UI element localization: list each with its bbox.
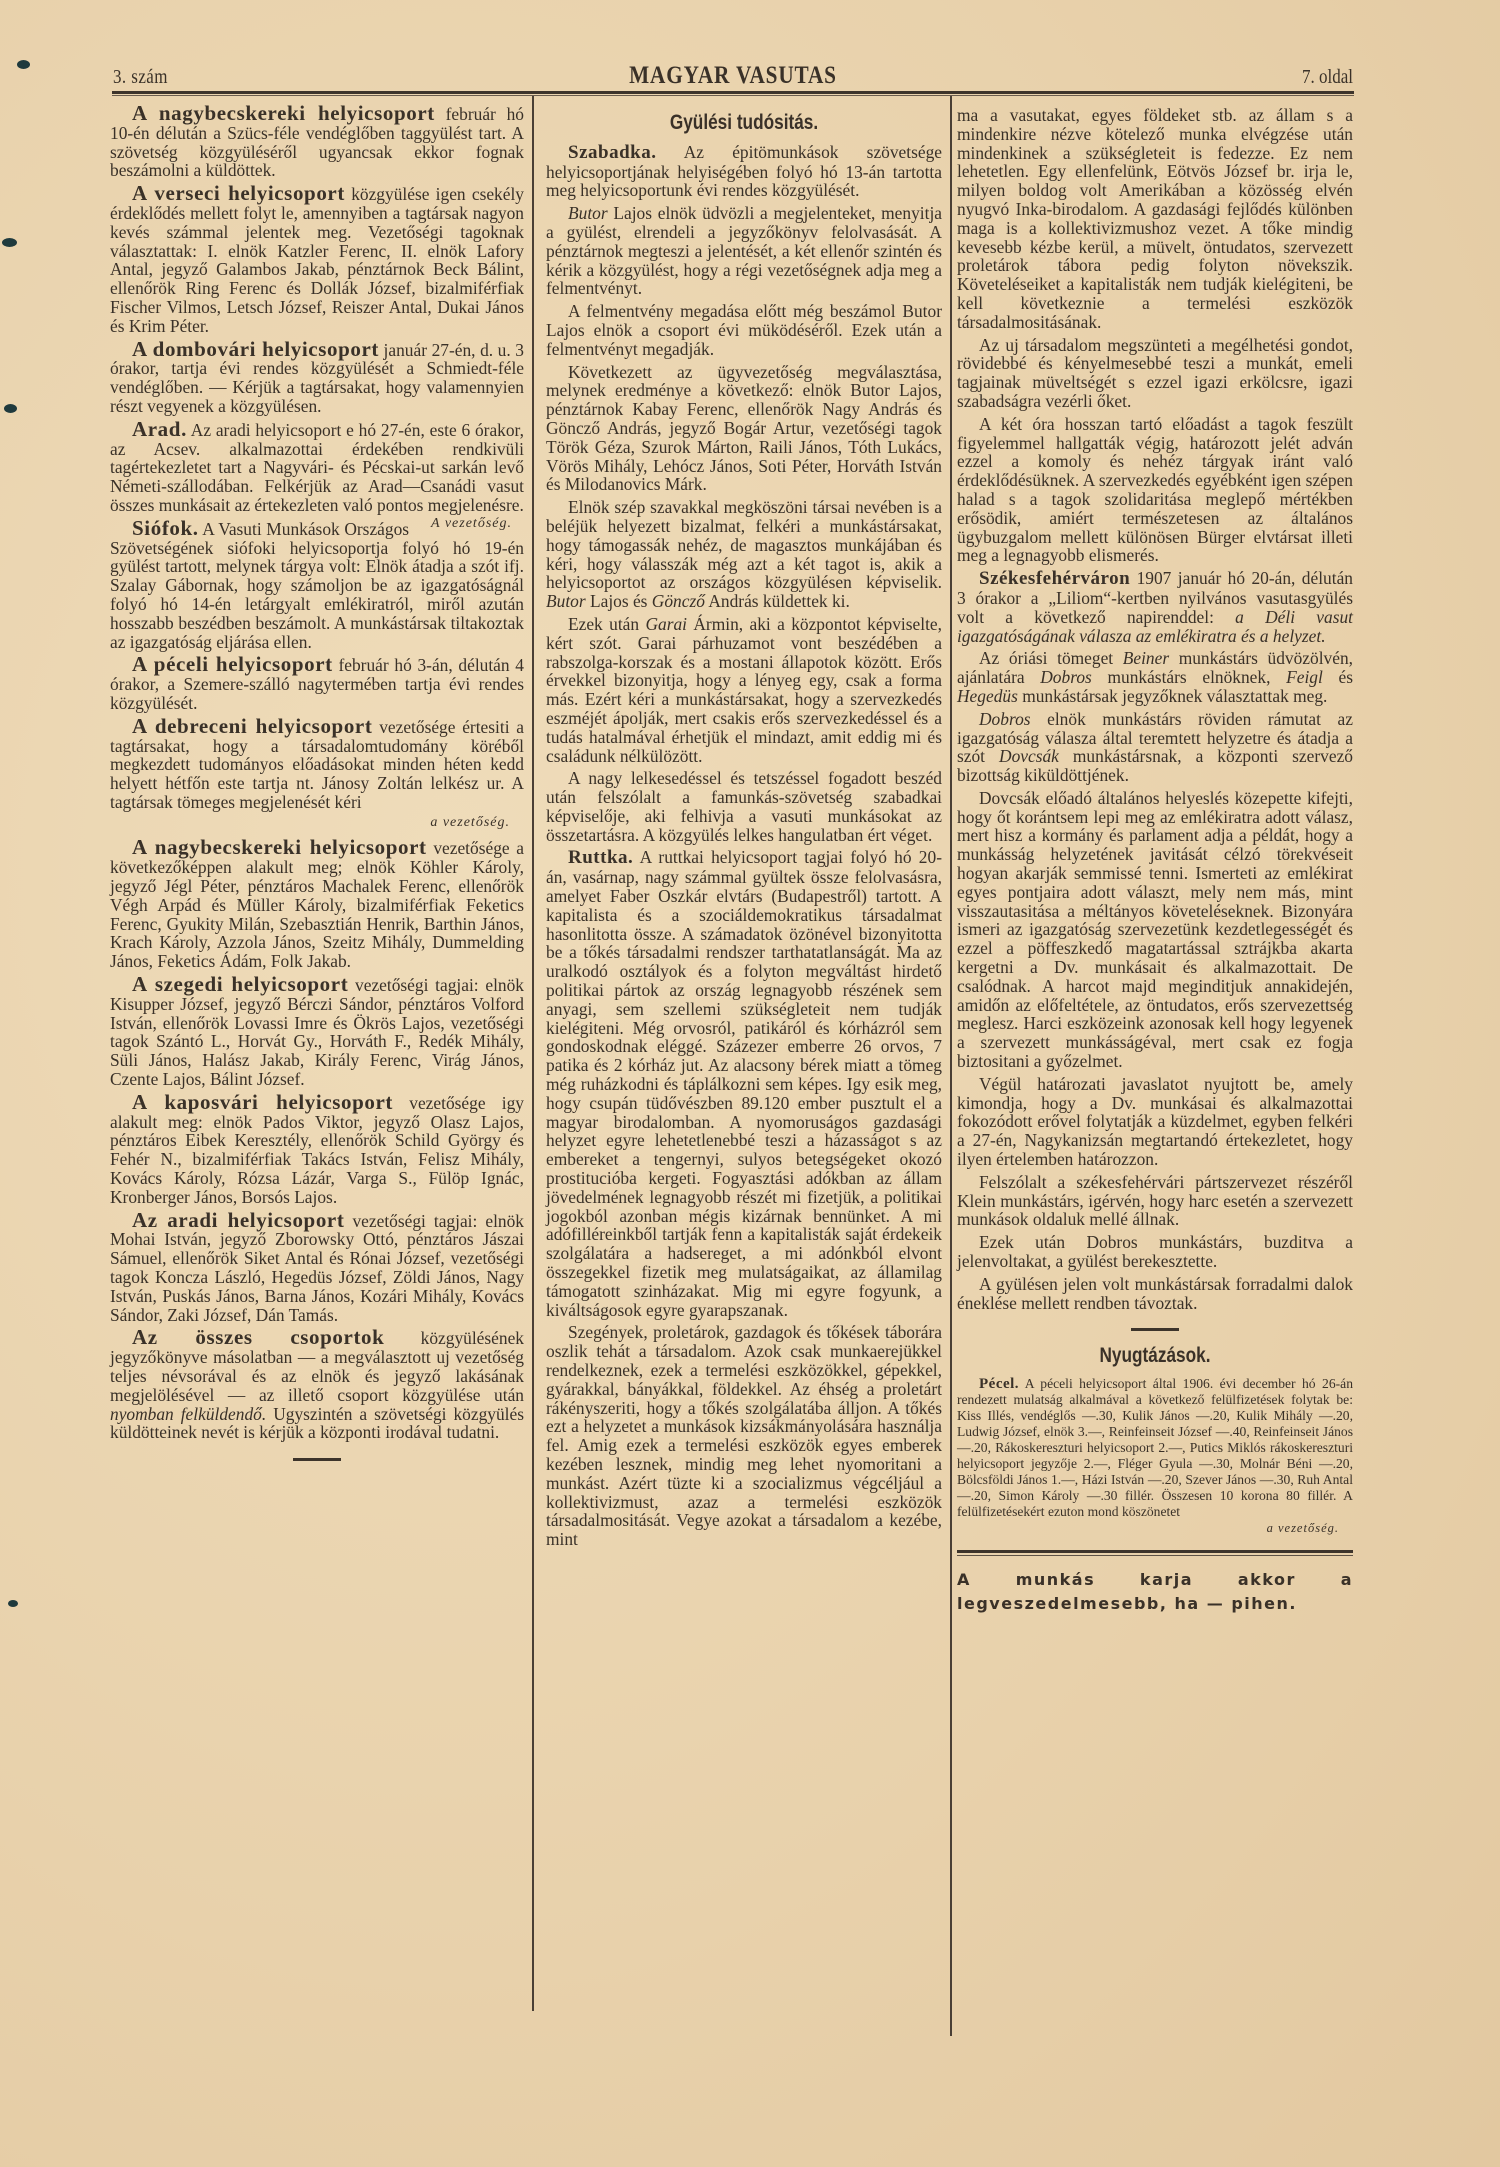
article-lead: A kaposvári helyicsoport xyxy=(132,1090,393,1114)
article-pecel: A péceli helyicsoport február hó 3-án, d… xyxy=(110,655,524,712)
article-nagybecskerek-meeting: A nagybecskereki helyicsoport február hó… xyxy=(110,104,524,180)
article-lead: A szegedi helyicsoport xyxy=(132,972,348,996)
article-szeged: A szegedi helyicsoport vezetőségi tagjai… xyxy=(110,975,524,1089)
punch-hole-mark xyxy=(4,404,17,413)
column-divider xyxy=(532,96,534,2011)
article-all-groups: Az összes csoportok közgyülésének jegyző… xyxy=(110,1328,524,1442)
article-lead: Az aradi helyicsoport xyxy=(132,1208,344,1232)
section-title-meeting-reports: Gyülési tudósitás. xyxy=(582,114,907,133)
left-column: A nagybecskereki helyicsoport február hó… xyxy=(110,104,524,1477)
section-title-receipts: Nyugtázások. xyxy=(993,1347,1318,1366)
article-lead: Arad. xyxy=(132,417,187,441)
article-versec: A verseci helyicsoport közgyülése igen c… xyxy=(110,184,524,335)
header-rule xyxy=(112,91,1354,96)
signature: a vezetőség. xyxy=(110,814,524,833)
issue-number: 3. szám xyxy=(113,66,168,89)
article-lead: Az összes csoportok xyxy=(132,1325,384,1349)
report-ruttka: Ruttka. A ruttkai helyicsoport tagjai fo… xyxy=(546,848,942,1319)
punch-hole-mark xyxy=(2,238,17,247)
article-lead: Siófok. xyxy=(132,516,199,540)
article-lead: A dombovári helyicsoport xyxy=(132,337,379,361)
page-number: 7. oldal xyxy=(1302,66,1353,89)
page-header: 3. szám MAGYAR VASUTAS 7. oldal xyxy=(113,62,1353,92)
section-end-rule xyxy=(293,1458,341,1461)
article-kaposvar: A kaposvári helyicsoport vezetősége igy … xyxy=(110,1093,524,1207)
signature: a vezetőség. xyxy=(957,1520,1353,1536)
article-debrecen: A debreceni helyicsoport vezetősége érte… xyxy=(110,717,524,812)
right-column: ma a vasutakat, egyes földeket stb. az á… xyxy=(957,106,1353,1616)
column-divider xyxy=(950,96,952,2036)
article-arad-leadership: Az aradi helyicsoport vezetőségi tagjai:… xyxy=(110,1211,524,1325)
punch-hole-mark xyxy=(17,60,30,69)
report-szekesfehervar: Székesfehérváron 1907 január hó 20-án, d… xyxy=(957,569,1353,645)
report-szabadka: Szabadka. Az épitömunkások szövetsége he… xyxy=(546,143,942,200)
article-lead: A nagybecskereki helyicsoport xyxy=(132,101,435,125)
motto-rule xyxy=(957,1550,1353,1556)
article-dombovar: A dombovári helyicsoport január 27-én, d… xyxy=(110,340,524,416)
signature: A vezetőség. xyxy=(409,515,512,534)
article-lead: A debreceni helyicsoport xyxy=(132,714,372,738)
article-nagybecskerek-leadership: A nagybecskereki helyicsoport vezetősége… xyxy=(110,838,524,971)
article-siofok: Siófok. A Vasuti Munkások Országos Szöve… xyxy=(110,519,524,652)
article-lead: A péceli helyicsoport xyxy=(132,652,333,676)
receipts-block: Pécel. A péceli helyicsoport által 1906.… xyxy=(957,1376,1353,1536)
middle-column: Gyülési tudósitás. Szabadka. Az épitömun… xyxy=(546,104,942,1553)
newspaper-title: MAGYAR VASUTAS xyxy=(206,62,1260,90)
punch-hole-mark xyxy=(8,1600,18,1607)
article-lead: A verseci helyicsoport xyxy=(132,181,345,205)
section-end-rule xyxy=(1131,1328,1179,1331)
motto: A munkás karja akkor a legveszedelmesebb… xyxy=(957,1568,1353,1616)
article-arad: Arad. Az aradi helyicsoport e hó 27-én, … xyxy=(110,420,524,515)
article-lead: A nagybecskereki helyicsoport xyxy=(132,835,427,859)
